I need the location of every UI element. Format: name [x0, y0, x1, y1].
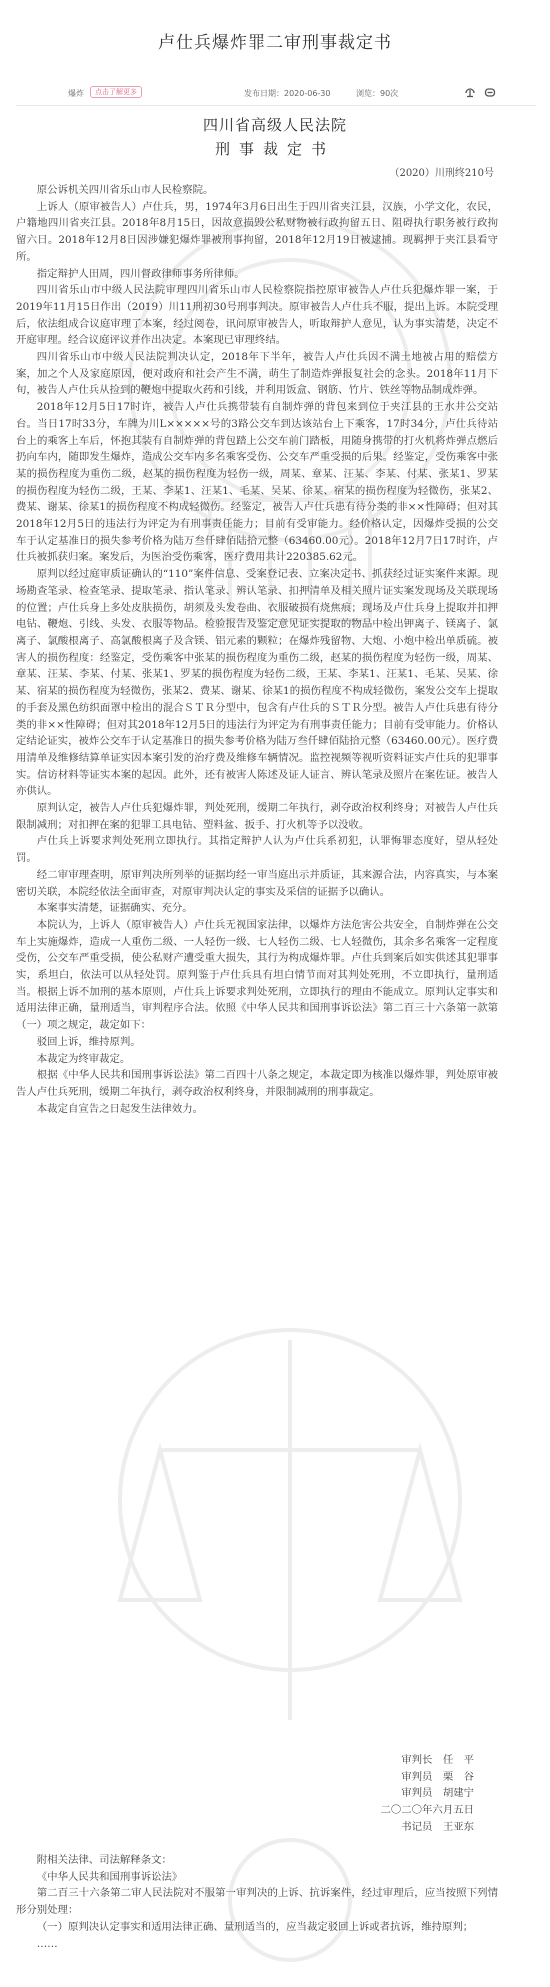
paragraph-procedure: 四川省乐山市中级人民法院审理四川省乐山市人民检察院指控原审被告人卢仕兵犯爆炸罪一…: [16, 282, 498, 349]
clerk: 书记员 王亚东: [380, 1819, 474, 1836]
appendix-heading: 附相关法律、司法解释条文：: [16, 1852, 498, 1869]
paragraph-court-opinion: 本院认为，上诉人（原审被告人）卢仕兵无视国家法律，以爆炸方法危害公共安全，自制炸…: [16, 917, 498, 1034]
document-type: 刑事裁定书: [0, 138, 550, 159]
paragraph-ruling: 驳回上诉，维持原判。: [16, 1034, 498, 1051]
paragraph-facts-clear: 本案事实清楚，证据确实、充分。: [16, 900, 498, 917]
judgment-body: 原公诉机关四川省乐山市人民检察院。 上诉人（原审被告人）卢仕兵，男，1974年3…: [16, 182, 498, 1117]
view-count: 浏览：90次: [356, 88, 398, 99]
paragraph-original-sentence: 原判认定，被告人卢仕兵犯爆炸罪，判处死刑，缓期二年执行，剥夺政治权利终身；对被告…: [16, 800, 498, 833]
paragraph-evidence: 原判以经过庭审质证确认的“110”案件信息、受案登记表、立案决定书、抓获经过证实…: [16, 566, 498, 800]
court-name: 四川省高级人民法院: [0, 114, 550, 135]
ruling-date: 二〇二〇年六月五日: [380, 1802, 474, 1819]
print-icon[interactable]: [484, 86, 496, 98]
paragraph-first-instance-finding: 四川省乐山市中级人民法院判决认定，2018年下半年，被告人卢仕兵因不满土地被占用…: [16, 349, 498, 399]
judge-1: 审判员 栗 谷: [380, 1769, 474, 1786]
page-title: 卢仕兵爆炸罪二审刑事裁定书: [0, 28, 550, 53]
publish-date: 发布日期：2020-06-30: [244, 88, 331, 99]
paragraph-incident: 2018年12月5日17时许，被告人卢仕兵携带装有自制炸弹的背包来到位于夹江县的…: [16, 399, 498, 566]
paragraph-approval: 根据《中华人民共和国刑事诉讼法》第二百四十八条之规定，本裁定即为核准以爆炸罪，判…: [16, 1067, 498, 1100]
paragraph-appellant: 上诉人（原审被告人）卢仕兵，男，1974年3月6日出生于四川省夹江县，汉族，小学…: [16, 199, 498, 266]
paragraph-second-review: 经二审审理查明，原审判决所列举的证据均经一审当庭出示并质证，其来源合法，内容真实…: [16, 867, 498, 900]
paragraph-effective: 本裁定自宣告之日起发生法律效力。: [16, 1101, 498, 1118]
paragraph-prosecutor: 原公诉机关四川省乐山市人民检察院。: [16, 182, 498, 199]
appendix-article: 第二百三十六条第二审人民法院对不服第一审判决的上诉、抗诉案件，经过审理后，应当按…: [16, 1885, 498, 1918]
category-tag[interactable]: 爆炸: [68, 88, 84, 99]
meta-bar: 爆炸 点击了解更多 发布日期：2020-06-30 浏览：90次: [16, 84, 536, 106]
case-number: （2020）川刑终210号: [389, 164, 494, 179]
appendix-item-1: （一）原判决认定事实和适用法律正确、量刑适当的，应当裁定驳回上诉或者抗诉，维持原…: [16, 1919, 498, 1936]
judge-2: 审判员 胡建宁: [380, 1785, 474, 1802]
signature-block: 审判长 任 平 审判员 栗 谷 审判员 胡建宁 二〇二〇年六月五日 书记员 王亚…: [380, 1752, 474, 1836]
paragraph-appeal: 卢仕兵上诉要求判处死刑立即执行。其指定辩护人认为卢仕兵系初犯，认罪悔罪态度好，望…: [16, 833, 498, 866]
presiding-judge: 审判长 任 平: [380, 1752, 474, 1769]
appendix-law-title: 《中华人民共和国刑事诉讼法》: [16, 1869, 498, 1886]
learn-more-button[interactable]: 点击了解更多: [90, 86, 142, 98]
paragraph-defender: 指定辩护人田周，四川督政律师事务所律师。: [16, 266, 498, 283]
share-icon[interactable]: [464, 86, 476, 98]
judgment-page: 卢仕兵爆炸罪二审刑事裁定书 爆炸 点击了解更多 发布日期：2020-06-30 …: [0, 0, 550, 1987]
paragraph-final: 本裁定为终审裁定。: [16, 1051, 498, 1068]
appendix-ellipsis: ……: [16, 1936, 498, 1953]
appendix: 附相关法律、司法解释条文： 《中华人民共和国刑事诉讼法》 第二百三十六条第二审人…: [16, 1852, 498, 1952]
